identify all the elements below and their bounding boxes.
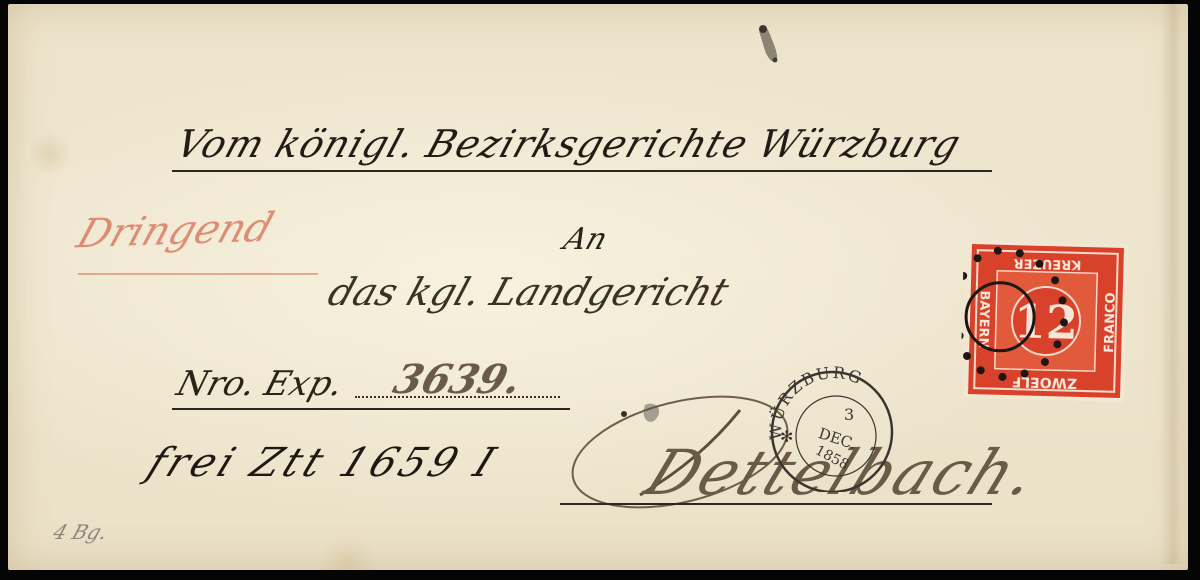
- red-crayon-note: Dringend: [71, 205, 279, 258]
- postmark-ornament: ✻: [780, 427, 793, 446]
- fold-edge: [1160, 4, 1182, 564]
- sender-underline: [172, 170, 992, 172]
- stamp-bottom-text: ZWOELF: [1011, 373, 1077, 391]
- addressee-line: das kgl. Landgericht: [323, 270, 734, 314]
- wurzburg-postmark: WÜRZBURG 3 DEC. 1858 ✻: [760, 362, 900, 492]
- stamp-country: BAYERN: [975, 290, 992, 348]
- ink-smudge: [755, 22, 783, 64]
- pencil-note: 4 Bg.: [50, 520, 111, 544]
- stamp-side-text: FRANCO: [1102, 292, 1119, 353]
- reference-label: Nro. Exp.: [172, 364, 348, 404]
- red-crayon-underline: [78, 273, 318, 275]
- bavaria-12-kreuzer-stamp: 12 KREUZER ZWOELF FRANCO BAYERN: [960, 236, 1132, 406]
- destination-underline: [560, 503, 992, 505]
- fee-note: frei Ztt 1659 I: [141, 440, 506, 486]
- postmark-day: 3: [844, 405, 854, 424]
- sender-line: Vom königl. Bezirksgerichte Würzburg: [171, 122, 967, 166]
- stamp-top-text: KREUZER: [1013, 255, 1081, 272]
- reference-dotted-leader: [355, 396, 560, 398]
- reference-underline: [172, 408, 570, 410]
